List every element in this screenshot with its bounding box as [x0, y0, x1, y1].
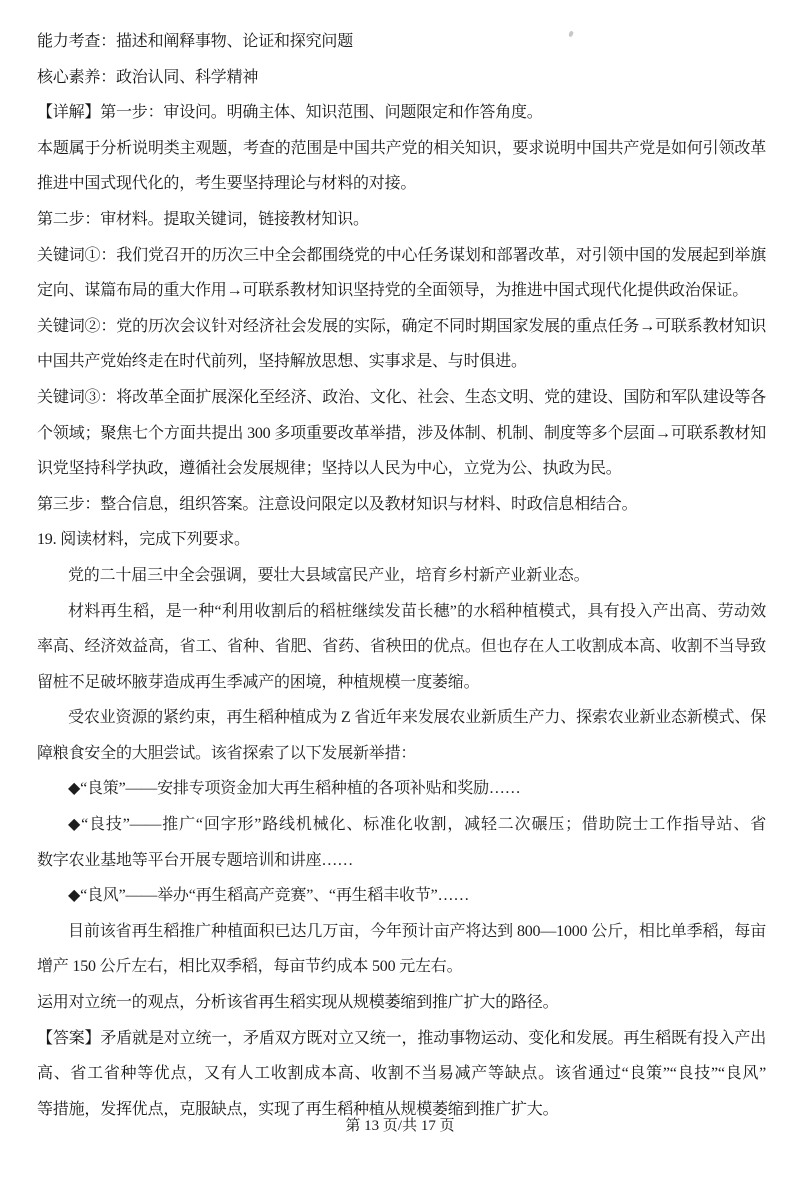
measure-liangfeng-line: ◆“良风”——举办“再生稻高产竞赛”、“再生稻丰收节”…… — [37, 878, 766, 914]
measure-liangce-line: ◆“良策”——安排专项资金加大再生稻种植的各项补贴和奖励…… — [37, 771, 766, 807]
keyword1-line: 关键词①：我们党召开的历次三中全会都围绕党的中心任务谋划和部署改革，对引领中国的… — [37, 238, 766, 274]
step3-line: 第三步：整合信息，组织答案。注意设问限定以及教材知识与材料、时政信息相结合。 — [37, 487, 766, 523]
page-number-footer: 第 13 页/共 17 页 — [0, 1114, 800, 1138]
detail-step1-line: 【详解】第一步：审设问。明确主体、知识范围、问题限定和作答角度。 — [37, 95, 766, 131]
answer-line: 高、省工省种等优点，又有人工收割成本高、收割不当易减产等缺点。该省通过“良策”“… — [37, 1056, 766, 1092]
question-19-heading: 19. 阅读材料，完成下列要求。 — [37, 522, 766, 558]
document-text-block: 能力考查：描述和阐释事物、论证和探究问题 核心素养：政治认同、科学精神 【详解】… — [37, 24, 766, 1127]
material-description-line: 率高、经济效益高，省工、省种、省肥、省药、省秧田的优点。但也存在人工收割成本高、… — [37, 629, 766, 665]
measure-liangji-line: ◆“良技”——推广“回字形”路线机械化、标准化收割，减轻二次碾压；借助院士工作指… — [37, 807, 766, 843]
material-description-line: 留桩不足破坏腋芽造成再生季减产的困境，种植规模一度萎缩。 — [37, 665, 766, 701]
keyword3-line: 个领域；聚焦七个方面共提出 300 多项重要改革举措，涉及体制、机制、制度等多个… — [37, 416, 766, 452]
keyword1-line: 定向、谋篇布局的重大作用→可联系教材知识坚持党的全面领导，为推进中国式现代化提供… — [37, 273, 766, 309]
measure-liangji-line: 数字农业基地等平台开展专题培训和讲座…… — [37, 843, 766, 879]
core-literacy-line: 核心素养：政治认同、科学精神 — [37, 60, 766, 96]
analysis-paragraph-line: 本题属于分析说明类主观题，考查的范围是中国共产党的相关知识，要求说明中国共产党是… — [37, 131, 766, 167]
material-results-line: 增产 150 公斤左右，相比双季稻，每亩节约成本 500 元左右。 — [37, 949, 766, 985]
question-prompt-line: 运用对立统一的观点，分析该省再生稻实现从规模萎缩到推广扩大的路径。 — [37, 985, 766, 1021]
keyword3-line: 识党坚持科学执政，遵循社会发展规律；坚持以人民为中心，立党为公、执政为民。 — [37, 451, 766, 487]
keyword2-line: 关键词②：党的历次会议针对经济社会发展的实际，确定不同时期国家发展的重点任务→可… — [37, 309, 766, 345]
step2-line: 第二步：审材料。提取关键词，链接教材知识。 — [37, 202, 766, 238]
analysis-paragraph-line: 推进中国式现代化的，考生要坚持理论与材料的对接。 — [37, 166, 766, 202]
answer-line: 【答案】矛盾就是对立统一，矛盾双方既对立又统一，推动事物运动、变化和发展。再生稻… — [37, 1021, 766, 1057]
material-context-line: 障粮食安全的大胆尝试。该省探索了以下发展新举措： — [37, 736, 766, 772]
material-description-line: 材料再生稻，是一种“利用收割后的稻桩继续发苗长穗”的水稻种植模式，具有投入产出高… — [37, 594, 766, 630]
keyword2-line: 中国共产党始终走在时代前列，坚持解放思想、实事求是、与时俱进。 — [37, 344, 766, 380]
material-results-line: 目前该省再生稻推广种植面积已达几万亩，今年预计亩产将达到 800—1000 公斤… — [37, 914, 766, 950]
keyword3-line: 关键词③：将改革全面扩展深化至经济、政治、文化、社会、生态文明、党的建设、国防和… — [37, 380, 766, 416]
document-page: 能力考查：描述和阐释事物、论证和探究问题 核心素养：政治认同、科学精神 【详解】… — [0, 0, 800, 1182]
material-context-line: 受农业资源的紧约束，再生稻种植成为 Z 省近年来发展农业新质生产力、探索农业新业… — [37, 700, 766, 736]
ability-scope-line: 能力考查：描述和阐释事物、论证和探究问题 — [37, 24, 766, 60]
material-intro-line: 党的二十届三中全会强调，要壮大县域富民产业，培育乡村新产业新业态。 — [37, 558, 766, 594]
